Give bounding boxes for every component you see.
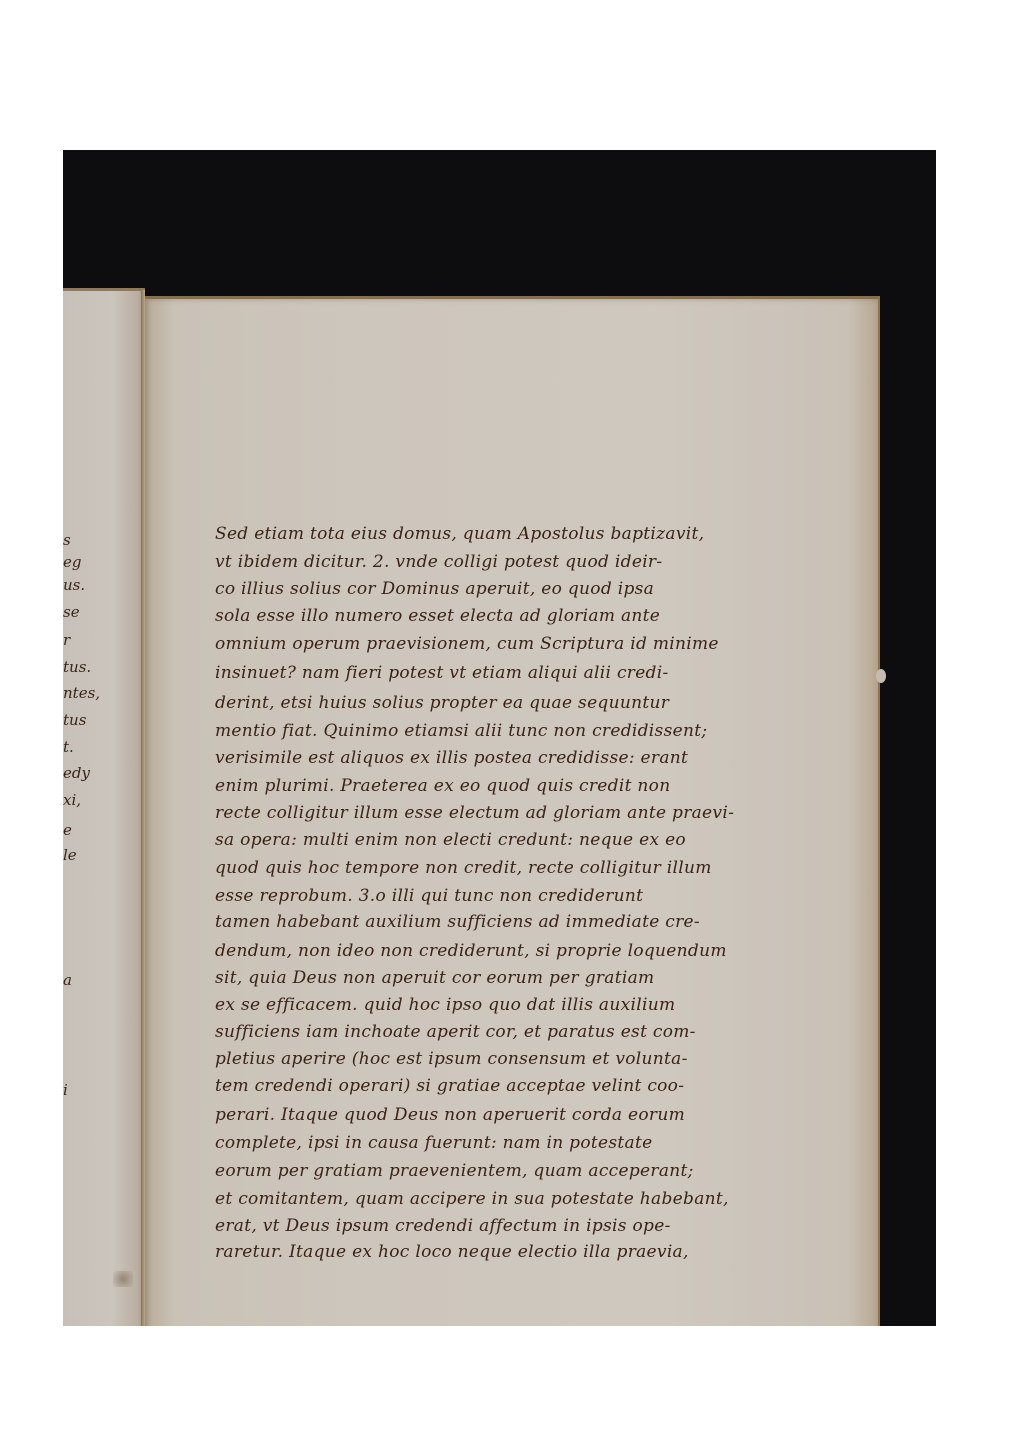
manuscript-line: ex se efficacem. quid hoc ipso quo dat i… [215,995,675,1015]
manuscript-line: co illius solius cor Dominus aperuit, eo… [215,579,654,599]
manuscript-line: sit, quia Deus non aperuit cor eorum per… [215,968,654,988]
manuscript-line: erat, vt Deus ipsum credendi affectum in… [215,1216,671,1236]
manuscript-line: et comitantem, quam accipere in sua pote… [215,1189,729,1209]
left-page-fragment: eg [63,553,81,571]
paper-stain [113,1271,133,1287]
left-page-fragment: e [63,821,72,839]
manuscript-line: perari. Itaque quod Deus non aperuerit c… [215,1105,685,1125]
paper-tear [876,669,886,683]
manuscript-line: sufficiens iam inchoate aperit cor, et p… [215,1022,696,1042]
manuscript-line: enim plurimi. Praeterea ex eo quod quis … [215,776,670,796]
manuscript-line: omnium operum praevisionem, cum Scriptur… [215,634,719,654]
left-page-fragment: s [63,531,71,549]
left-page: segus.sertus.ntes,tust.edyxi,eleai [63,288,145,1326]
left-page-fragment: us. [63,576,85,594]
manuscript-line: mentio fiat. Quinimo etiamsi alii tunc n… [215,721,707,741]
manuscript-line: insinuet? nam fieri potest vt etiam aliq… [215,663,669,683]
manuscript-line: complete, ipsi in causa fuerunt: nam in … [215,1133,652,1153]
left-page-fragment: a [63,971,72,989]
manuscript-line: pletius aperire (hoc est ipsum consensum… [215,1049,688,1069]
manuscript-line: tem credendi operari) si gratiae accepta… [215,1076,684,1096]
left-page-fragment: xi, [63,791,81,809]
manuscript-line: vt ibidem dicitur. 2. vnde colligi potes… [215,552,662,572]
left-page-fragment: r [63,631,70,649]
left-page-fragment: tus [63,711,86,729]
manuscript-line: quod quis hoc tempore non credit, recte … [215,858,712,878]
manuscript-line: dendum, non ideo non crediderunt, si pro… [215,941,727,961]
left-page-fragment: edy [63,764,90,782]
manuscript-line: raretur. Itaque ex hoc loco neque electi… [215,1242,689,1262]
manuscript-photo: segus.sertus.ntes,tust.edyxi,eleai Sed e… [63,150,936,1326]
left-page-fragment: le [63,846,77,864]
manuscript-line: sa opera: multi enim non electi credunt:… [215,830,686,850]
manuscript-line: Sed etiam tota eius domus, quam Apostolu… [215,524,704,544]
manuscript-line: verisimile est aliquos ex illis postea c… [215,748,688,768]
left-page-fragment: se [63,603,80,621]
left-page-fragment: tus. [63,658,91,676]
manuscript-line: derint, etsi huius solius propter ea qua… [215,693,669,713]
manuscript-line: sola esse illo numero esset electa ad gl… [215,606,660,626]
left-page-fragment: ntes, [63,684,100,702]
manuscript-line: esse reprobum. 3.o illi qui tunc non cre… [215,886,643,906]
manuscript-line: recte colligitur illum esse electum ad g… [215,803,734,823]
manuscript-line: tamen habebant auxilium sufficiens ad im… [215,912,700,932]
manuscript-line: eorum per gratiam praevenientem, quam ac… [215,1161,694,1181]
left-page-fragment: i [63,1081,68,1099]
left-page-fragment: t. [63,738,74,756]
right-page: Sed etiam tota eius domus, quam Apostolu… [145,296,880,1326]
